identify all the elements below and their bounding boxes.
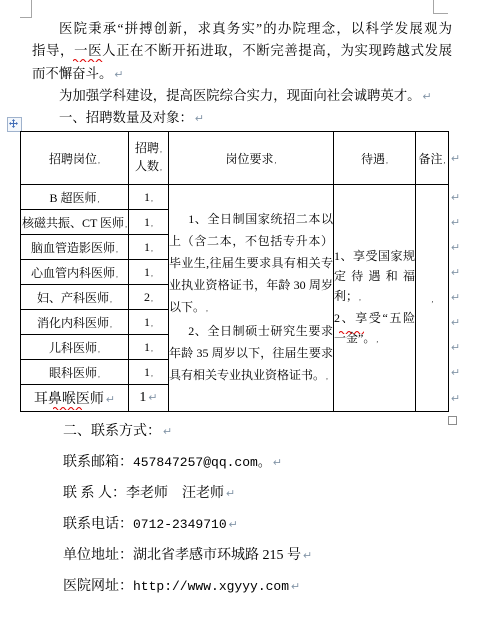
benefits-line: 2、享受“五险一金”。, [334,308,415,350]
position-label: 耳鼻喉医师 [34,392,104,407]
contact-value: 李老师 汪老师 [126,486,224,501]
count-cell: 1, [129,235,169,260]
count-cell: 2, [129,285,169,310]
requirements-text: 1、全日制国家统招二本以上（含二本，不包括专升本）毕业生,往届生要求具有相关专业… [169,212,333,314]
row-end-mark-cell: ↵ [449,335,469,360]
contact-line: 联系邮箱：457847257@qq.com。↵ [63,447,312,478]
contact-label: 联 系 人： [63,486,126,501]
section2-title-text: 二、联系方式： [63,424,161,439]
row-end-mark-cell: ↵ [449,385,469,412]
contact-label: 联系邮箱： [63,455,133,470]
cell-end-mark: , [151,269,153,278]
section2-title: 二、联系方式：↵ [63,416,312,447]
cell-end-mark: , [444,156,446,165]
paragraph-mark: ↵ [291,581,300,593]
cell-end-mark: , [160,145,162,154]
count-value: 1 [144,215,150,229]
paragraph-mark: ↵ [451,393,460,405]
count-cell: 1, [129,260,169,285]
paragraph-mark: ↵ [451,317,460,329]
cell-end-mark: , [359,293,361,302]
cell-end-mark: , [110,320,112,329]
spellcheck-squiggle [339,330,364,334]
count-value: 1 [144,315,150,329]
cell-end-mark: , [151,344,153,353]
cell-end-mark: , [376,335,378,344]
cell-end-mark: , [151,244,153,253]
paragraph-mark: ↵ [195,113,204,125]
intro-p2: 为加强学科建设，提高医院综合实力，现面向社会诚聘英才。↵ [32,85,452,107]
paragraph-mark: ↵ [451,217,460,229]
row-end-mark-cell: ↵ [449,132,469,185]
contact-value: http://www.xgyyy.com [133,579,289,594]
move-icon [9,119,18,128]
count-cell: 1, [129,310,169,335]
paragraph-mark: ↵ [163,426,172,438]
contact-value: 457847257@qq.com。 [133,455,271,470]
contact-line: 医院网址：http://www.xgyyy.com↵ [63,571,312,602]
paragraph-mark: ↵ [114,69,123,81]
table-header-row: 招聘岗位, 招聘, 人数, 岗位要求, 待遇, 备注, ↵ [21,132,469,185]
position-cell: 心血管内科医师, [21,260,129,285]
contact-line: 单位地址：湖北省孝感市环城路 215 号↵ [63,540,312,571]
table-row: B 超医师,1,1、全日制国家统招二本以上（含二本，不包括专升本）毕业生,往届生… [21,185,469,210]
requirements-paragraph: 2、全日制硕士研究生要求年龄 35 周岁以下，往届生要求具有相关专业执业资格证书… [169,320,333,388]
cell-end-mark: , [151,219,153,228]
header-requirements: 岗位要求, [169,132,334,185]
count-value: 1 [144,240,150,254]
count-cell: 1, [129,335,169,360]
paragraph-mark: ↵ [451,192,460,204]
paragraph-mark: ↵ [451,342,460,354]
table-resize-handle[interactable] [448,416,457,425]
header-benefits: 待遇, [334,132,416,185]
position-cell: 核磁共振、CT 医师, [21,210,129,235]
paragraph-mark: ↵ [273,457,282,469]
intro-p1-line3: 而不懈奋斗。↵ [32,63,452,85]
paragraph-mark: ↵ [226,488,235,500]
benefits-text: 2、享受“五险一金”。 [334,311,415,345]
cell-end-mark: , [116,270,118,279]
position-label: 妇、产科医师 [37,291,109,305]
intro-p2-text: 为加强学科建设，提高医院综合实力，现面向社会诚聘英才。 [59,88,421,103]
contact-line: 联 系 人：李老师 汪老师↵ [63,478,312,509]
cell-end-mark: , [151,319,153,328]
intro-p1-line1: 医院秉承“拼搏创新，求真务实”的办院理念，以科学发展观为 [32,18,452,40]
paragraph-mark: ↵ [451,367,460,379]
paragraph-mark: ↵ [451,153,460,165]
position-label: 眼科医师 [49,366,97,380]
header-position: 招聘岗位, [21,132,129,185]
cell-end-mark: , [98,345,100,354]
paragraph-mark: ↵ [451,267,460,279]
section1-title: 一、招聘数量及对象：↵ [32,107,452,129]
count-value: 1 [144,190,150,204]
contact-label: 单位地址： [63,548,133,563]
position-label: 儿科医师 [49,341,97,355]
paragraph-mark: ↵ [303,550,312,562]
position-cell: 妇、产科医师, [21,285,129,310]
benefits-text: 1、享受国家规定待遇和福利； [334,249,415,303]
cell-end-mark: , [110,295,112,304]
count-value: 1 [144,365,150,379]
row-end-mark-cell: ↵ [449,360,469,385]
position-cell: B 超医师, [21,185,129,210]
count-cell: 1, [129,360,169,385]
requirements-text: 2、全日制硕士研究生要求年龄 35 周岁以下，往届生要求具有相关专业执业资格证书… [169,324,333,382]
intro-p1-line3-text: 而不懈奋斗。 [32,66,112,81]
header-count: 招聘, 人数, [129,132,169,185]
paragraph-mark: ↵ [148,392,157,404]
contact-label: 医院网址： [63,579,133,594]
count-value: 1 [144,340,150,354]
row-end-mark-cell: ↵ [449,210,469,235]
position-cell: 眼科医师, [21,360,129,385]
spellcheck-squiggle [73,58,103,62]
cell-end-mark: , [151,369,153,378]
count-cell: 1, [129,210,169,235]
count-cell: 1, [129,185,169,210]
paragraph-mark: ↵ [229,519,238,531]
remarks-cell: , [416,185,449,412]
cell-end-mark: , [98,156,100,165]
row-end-mark-cell: ↵ [449,285,469,310]
cell-end-mark: , [98,370,100,379]
cell-end-mark: , [432,295,434,304]
row-end-mark-cell: ↵ [449,310,469,335]
paragraph-mark: ↵ [451,242,460,254]
paragraph-mark: ↵ [106,394,115,406]
paragraph-mark: ↵ [423,91,432,103]
contact-value: 0712-2349710 [133,517,227,532]
position-cell: 消化内科医师, [21,310,129,335]
requirements-paragraph: 1、全日制国家统招二本以上（含二本，不包括专升本）毕业生,往届生要求具有相关专业… [169,208,333,320]
cell-end-mark: , [151,294,153,303]
benefits-line: 1、享受国家规定待遇和福利；, [334,246,415,308]
cell-end-mark: , [326,372,328,381]
paragraph-mark: ↵ [451,292,460,304]
position-cell: 脑血管造影医师, [21,235,129,260]
position-label: B 超医师 [49,191,96,205]
position-label: 脑血管造影医师 [31,241,115,255]
cell-end-mark: , [116,245,118,254]
row-end-mark-cell: ↵ [449,185,469,210]
header-remarks: 备注, [416,132,449,185]
contact-label: 联系电话： [63,517,133,532]
cell-end-mark: , [98,195,100,204]
row-end-mark-cell: ↵ [449,235,469,260]
count-cell: 1↵ [129,385,169,412]
position-label: 心血管内科医师 [31,266,115,280]
cell-end-mark: , [275,156,277,165]
cell-end-mark: , [386,156,388,165]
contact-line: 联系电话：0712-2349710↵ [63,509,312,540]
table-move-handle[interactable] [7,117,22,132]
contact-section: 二、联系方式：↵ 联系邮箱：457847257@qq.com。↵联 系 人：李老… [63,416,312,602]
document-page: 医院秉承“拼搏创新，求真务实”的办院理念，以科学发展观为 指导，一医人正在不断开… [0,0,485,629]
recruitment-table: 招聘岗位, 招聘, 人数, 岗位要求, 待遇, 备注, ↵ B 超医师,1,1、… [20,131,469,412]
count-value: 1 [139,390,146,405]
intro-section: 医院秉承“拼搏创新，求真务实”的办院理念，以科学发展观为 指导，一医人正在不断开… [32,18,452,129]
contact-value: 湖北省孝感市环城路 215 号 [133,548,301,563]
cell-end-mark: , [151,194,153,203]
margin-cropmark-topleft [20,0,32,18]
position-label: 消化内科医师 [37,316,109,330]
position-label: 核磁共振、CT 医师 [22,216,124,230]
row-end-mark-cell: ↵ [449,260,469,285]
benefits-cell: 1、享受国家规定待遇和福利；,2、享受“五险一金”。, [334,185,416,412]
section1-title-text: 一、招聘数量及对象： [59,110,193,125]
spellcheck-squiggle [53,406,82,410]
requirements-cell: 1、全日制国家统招二本以上（含二本，不包括专升本）毕业生,往届生要求具有相关专业… [169,185,334,412]
cell-end-mark: , [160,163,162,172]
position-cell: 儿科医师, [21,335,129,360]
count-value: 2 [144,290,150,304]
cell-end-mark: , [125,220,127,229]
count-value: 1 [144,265,150,279]
cell-end-mark: , [206,304,208,313]
margin-cropmark-topright [433,0,448,14]
